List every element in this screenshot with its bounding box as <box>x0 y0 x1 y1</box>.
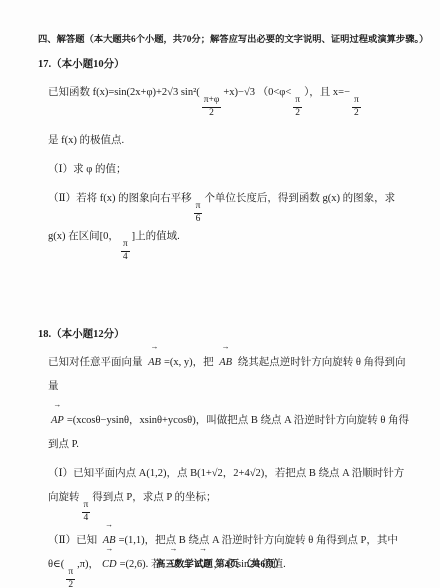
vector-notation: →AB <box>218 351 233 375</box>
question-17-body: 已知函数 f(x)=sin(2x+φ)+2√3 sin²(π+φ2+x)−√3 … <box>38 81 412 263</box>
vector-arrow-icon: → <box>147 343 162 351</box>
vector-arrow-icon: → <box>102 521 117 529</box>
math-line: （Ⅰ）求 φ 的值； <box>48 158 412 182</box>
page-content: 四、解答题（本大题共6个小题，共70分；解答应写出必要的文字说明、证明过程或演算… <box>38 34 412 588</box>
vector-arrow-icon: → <box>101 545 118 553</box>
question-18-body: 已知对任意平面向量 →AB=(x, y)，把 →AB 绕其起点逆时针方向旋转 θ… <box>38 351 412 588</box>
question-17-title: 17.（本小题10分） <box>38 57 412 72</box>
math-text: 是 f(x) 的极值点. <box>48 135 124 146</box>
math-fraction: π6 <box>194 202 203 225</box>
section-header: 四、解答题（本大题共6个小题，共70分；解答应写出必要的文字说明、证明过程或演算… <box>38 34 412 47</box>
math-line: 已知对任意平面向量 →AB=(x, y)，把 →AB 绕其起点逆时针方向旋转 θ… <box>48 351 412 399</box>
math-text: （Ⅱ）已知 <box>48 535 100 546</box>
math-text: =(x, y)，把 <box>164 357 216 368</box>
vector-arrow-icon: → <box>50 401 65 409</box>
vector-arrow-icon: → <box>195 545 212 553</box>
math-text: =(xcosθ−ysinθ，xsinθ+ycosθ)，叫做把点 B 绕点 A 沿… <box>48 415 409 450</box>
math-fraction: π2 <box>66 568 75 588</box>
vector-arrow-icon: → <box>166 545 181 553</box>
question-18: 18.（本小题12分） 已知对任意平面向量 →AB=(x, y)，把 →AB 绕… <box>38 327 412 588</box>
math-fraction: π4 <box>121 240 130 263</box>
math-line: （Ⅰ）已知平面内点 A(1,2)，点 B(1+√2，2+4√2)，若把点 B 绕… <box>48 462 412 524</box>
exam-page: 四、解答题（本大题共6个小题，共70分；解答应写出必要的文字说明、证明过程或演算… <box>0 0 440 588</box>
math-text: ]上的值域. <box>132 231 180 242</box>
math-fraction: π2 <box>352 96 361 119</box>
math-line: （Ⅱ）若将 f(x) 的图象向右平移π6个单位长度后，得到函数 g(x) 的图象… <box>48 187 412 263</box>
math-text: （Ⅰ）求 φ 的值； <box>48 164 126 175</box>
vector-arrow-icon: → <box>218 343 233 351</box>
math-line: 是 f(x) 的极值点. <box>48 129 412 153</box>
math-text: ），且 x=− <box>304 87 350 98</box>
math-line: →AP=(xcosθ−ysinθ，xsinθ+ycosθ)，叫做把点 B 绕点 … <box>48 409 412 457</box>
math-fraction: π4 <box>82 501 91 524</box>
math-text: 已知函数 f(x)=sin(2x+φ)+2√3 sin²( <box>48 87 200 98</box>
math-text: +x)−√3 （0<φ< <box>223 87 291 98</box>
vector-notation: →AB <box>147 351 162 375</box>
page-footer: 高三数学试题 第4页 （共6页） <box>0 556 440 570</box>
math-text: 已知对任意平面向量 <box>48 357 145 368</box>
math-text: （Ⅱ）若将 f(x) 的图象向右平移 <box>48 193 192 204</box>
question-18-title: 18.（本小题12分） <box>38 327 412 342</box>
question-17: 17.（本小题10分） 已知函数 f(x)=sin(2x+φ)+2√3 sin²… <box>38 57 412 263</box>
math-text: 得到点 P，求点 P 的坐标； <box>92 492 216 503</box>
math-fraction: π+φ2 <box>202 96 222 119</box>
math-line: 已知函数 f(x)=sin(2x+φ)+2√3 sin²(π+φ2+x)−√3 … <box>48 81 412 119</box>
math-fraction: π2 <box>293 96 302 119</box>
vector-notation: →AP <box>50 409 65 433</box>
